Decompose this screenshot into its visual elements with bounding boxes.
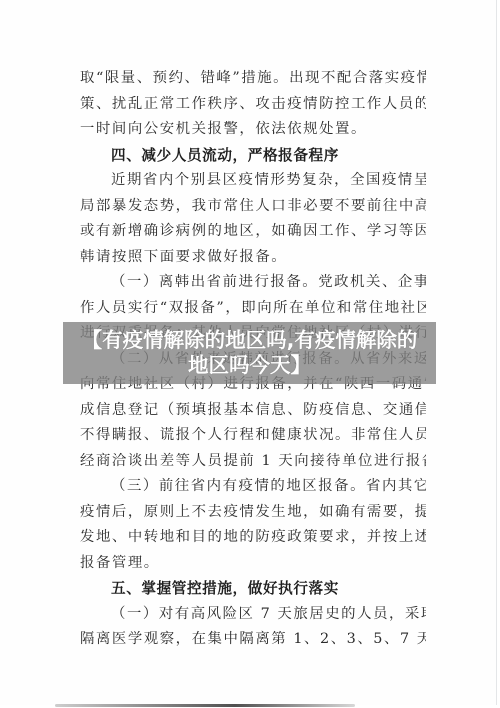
page-bottom-shadow (55, 704, 355, 707)
doc-line: 报备管理。 (80, 551, 426, 577)
doc-line: 疫情后，原则上不去疫情发生地，如确有需要，提前了解出 (80, 500, 426, 526)
title-overlay-banner: 【有疫情解除的地区吗,有疫情解除的 地区吗今天】 (63, 322, 436, 384)
doc-line: 作人员实行“双报备”，即向所在单位和常住地社区（村） (80, 296, 426, 322)
doc-line: 一时间向公安机关报警，依法依规处置。 (80, 117, 426, 143)
doc-line: 经商洽谈出差等人员提前 1 天向接待单位进行报备。 (80, 449, 426, 475)
doc-line: 韩请按照下面要求做好报备。 (80, 245, 426, 271)
doc-line: （一）离韩出省前进行报备。党政机关、企事业单位工 (80, 270, 426, 296)
doc-line: 不得瞒报、谎报个人行程和健康状况。非常住人员来韩务工 (80, 423, 426, 449)
doc-line: 取“限量、预约、错峰”措施。出现不配合落实疫情防控政 (80, 66, 426, 92)
doc-line: 近期省内个别县区疫情形势复杂，全国疫情呈多点发生、 (80, 168, 426, 194)
doc-line: 成信息登记（预填报基本信息、防疫信息、交通信息等）， (80, 398, 426, 424)
doc-line: 策、扰乱正常工作秩序、攻击疫情防控工作人员的行为，第 (80, 92, 426, 118)
overlay-title-line-1: 【有疫情解除的地区吗,有疫情解除的 (63, 328, 436, 353)
section-heading-4: 四、减少人员流动，严格报备程序 (80, 143, 426, 169)
doc-line: 局部暴发态势，我市常住人口非必要不要前往中高风险地区 (80, 194, 426, 220)
doc-line: （一）对有高风险区 7 天旅居史的人员，采取 7 天集中 (80, 602, 426, 628)
doc-line: 或有新增确诊病例的地区，如确因工作、学习等因素需要离 (80, 219, 426, 245)
section-heading-5: 五、掌握管控措施，做好执行落实 (80, 576, 426, 602)
doc-line: 隔离医学观察，在集中隔离第 1、2、3、5、7 天各开展一次 (80, 627, 426, 653)
overlay-title-line-2: 地区吗今天】 (63, 353, 436, 378)
doc-line: 发地、中转地和目的地的防疫政策要求，并按上述要求实行 (80, 525, 426, 551)
doc-line: （三）前往省内有疫情的地区报备。省内其它地区出现 (80, 474, 426, 500)
